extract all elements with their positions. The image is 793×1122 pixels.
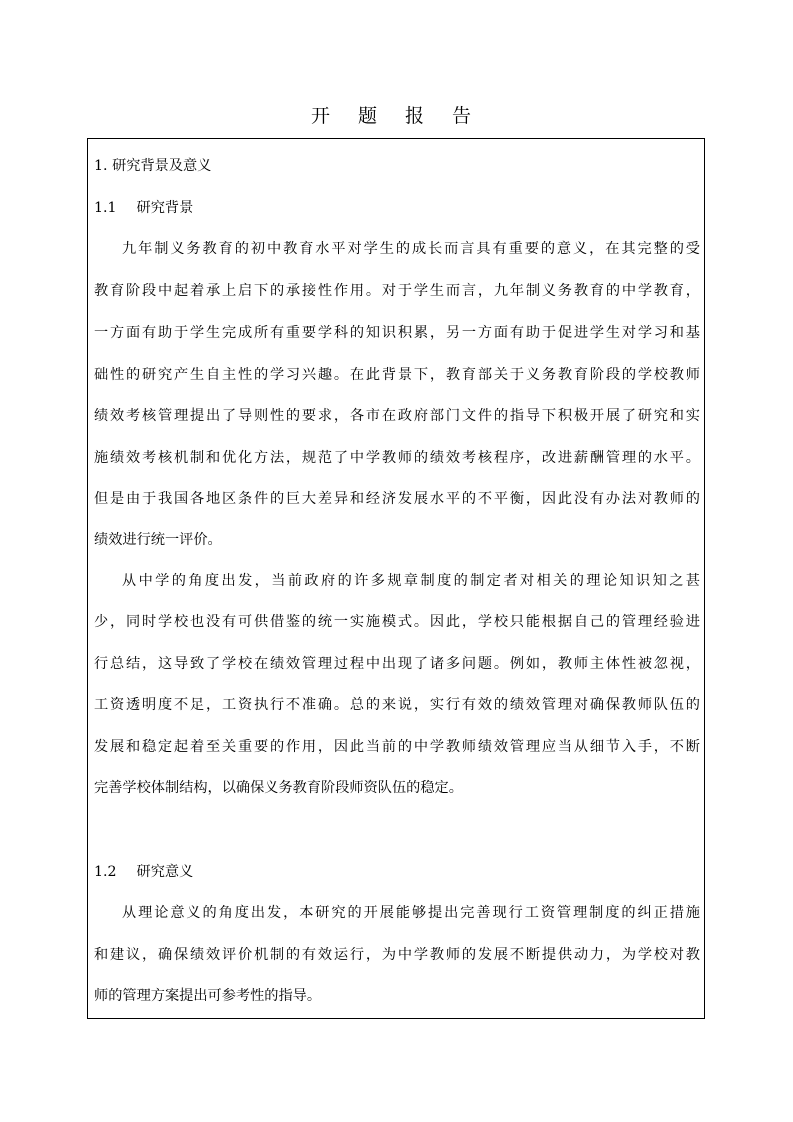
paragraph-line: 工资透明度不足，工资执行不准确。总的来说，实行有效的绩效管理对确保教师队伍的	[94, 695, 700, 715]
paragraph-line: 发展和稳定起着至关重要的作用，因此当前的中学教师绩效管理应当从细节入手，不断	[94, 737, 700, 757]
paragraph-line: 绩效进行统一评价。	[94, 530, 700, 550]
report-content-box: 1. 研究背景及意义 1.1 研究背景 九年制义务教育的初中教育水平对学生的成长…	[87, 138, 705, 1019]
section-title: 研究背景	[137, 200, 194, 216]
section-heading-1-1: 1.1 研究背景	[94, 198, 193, 218]
paragraph-line: 一方面有助于学生完成所有重要学科的知识积累，另一方面有助于促进学生对学习和基	[94, 323, 700, 343]
section-number: 1.2	[94, 862, 132, 882]
page-title: 开 题 报 告	[0, 104, 793, 128]
paragraph-line: 施绩效考核机制和优化方法，规范了中学教师的绩效考核程序，改进薪酬管理的水平。	[94, 448, 700, 468]
section-title: 研究意义	[137, 864, 194, 880]
paragraph-line: 但是由于我国各地区条件的巨大差异和经济发展水平的不平衡，因此没有办法对教师的	[94, 489, 700, 509]
section-heading-1: 1. 研究背景及意义	[94, 156, 211, 176]
section-title: 研究背景及意义	[112, 158, 211, 174]
paragraph-line: 从中学的角度出发，当前政府的许多规章制度的制定者对相关的理论知识知之甚	[94, 571, 700, 591]
paragraph-line: 完善学校体制结构，以确保义务教育阶段师资队伍的稳定。	[94, 778, 700, 798]
paragraph-line: 从理论意义的角度出发，本研究的开展能够提出完善现行工资管理制度的纠正措施	[94, 903, 700, 923]
paragraph-line: 础性的研究产生自主性的学习兴趣。在此背景下，教育部关于义务教育阶段的学校教师	[94, 365, 700, 385]
paragraph-line: 九年制义务教育的初中教育水平对学生的成长而言具有重要的意义，在其完整的受	[94, 239, 700, 259]
section-heading-1-2: 1.2 研究意义	[94, 862, 193, 882]
section-number: 1.1	[94, 198, 132, 218]
paragraph-line: 行总结，这导致了学校在绩效管理过程中出现了诸多问题。例如，教师主体性被忽视，	[94, 654, 700, 674]
paragraph-line: 少，同时学校也没有可供借鉴的统一实施模式。因此，学校只能根据自己的管理经验进	[94, 612, 700, 632]
paragraph-line: 绩效考核管理提出了导则性的要求，各市在政府部门文件的指导下积极开展了研究和实	[94, 406, 700, 426]
paragraph-line: 和建议，确保绩效评价机制的有效运行，为中学教师的发展不断提供动力，为学校对教	[94, 945, 700, 965]
paragraph-line: 师的管理方案提出可参考性的指导。	[94, 986, 700, 1006]
paragraph-line: 教育阶段中起着承上启下的承接性作用。对于学生而言，九年制义务教育的中学教育，	[94, 281, 700, 301]
section-number: 1.	[94, 156, 108, 176]
